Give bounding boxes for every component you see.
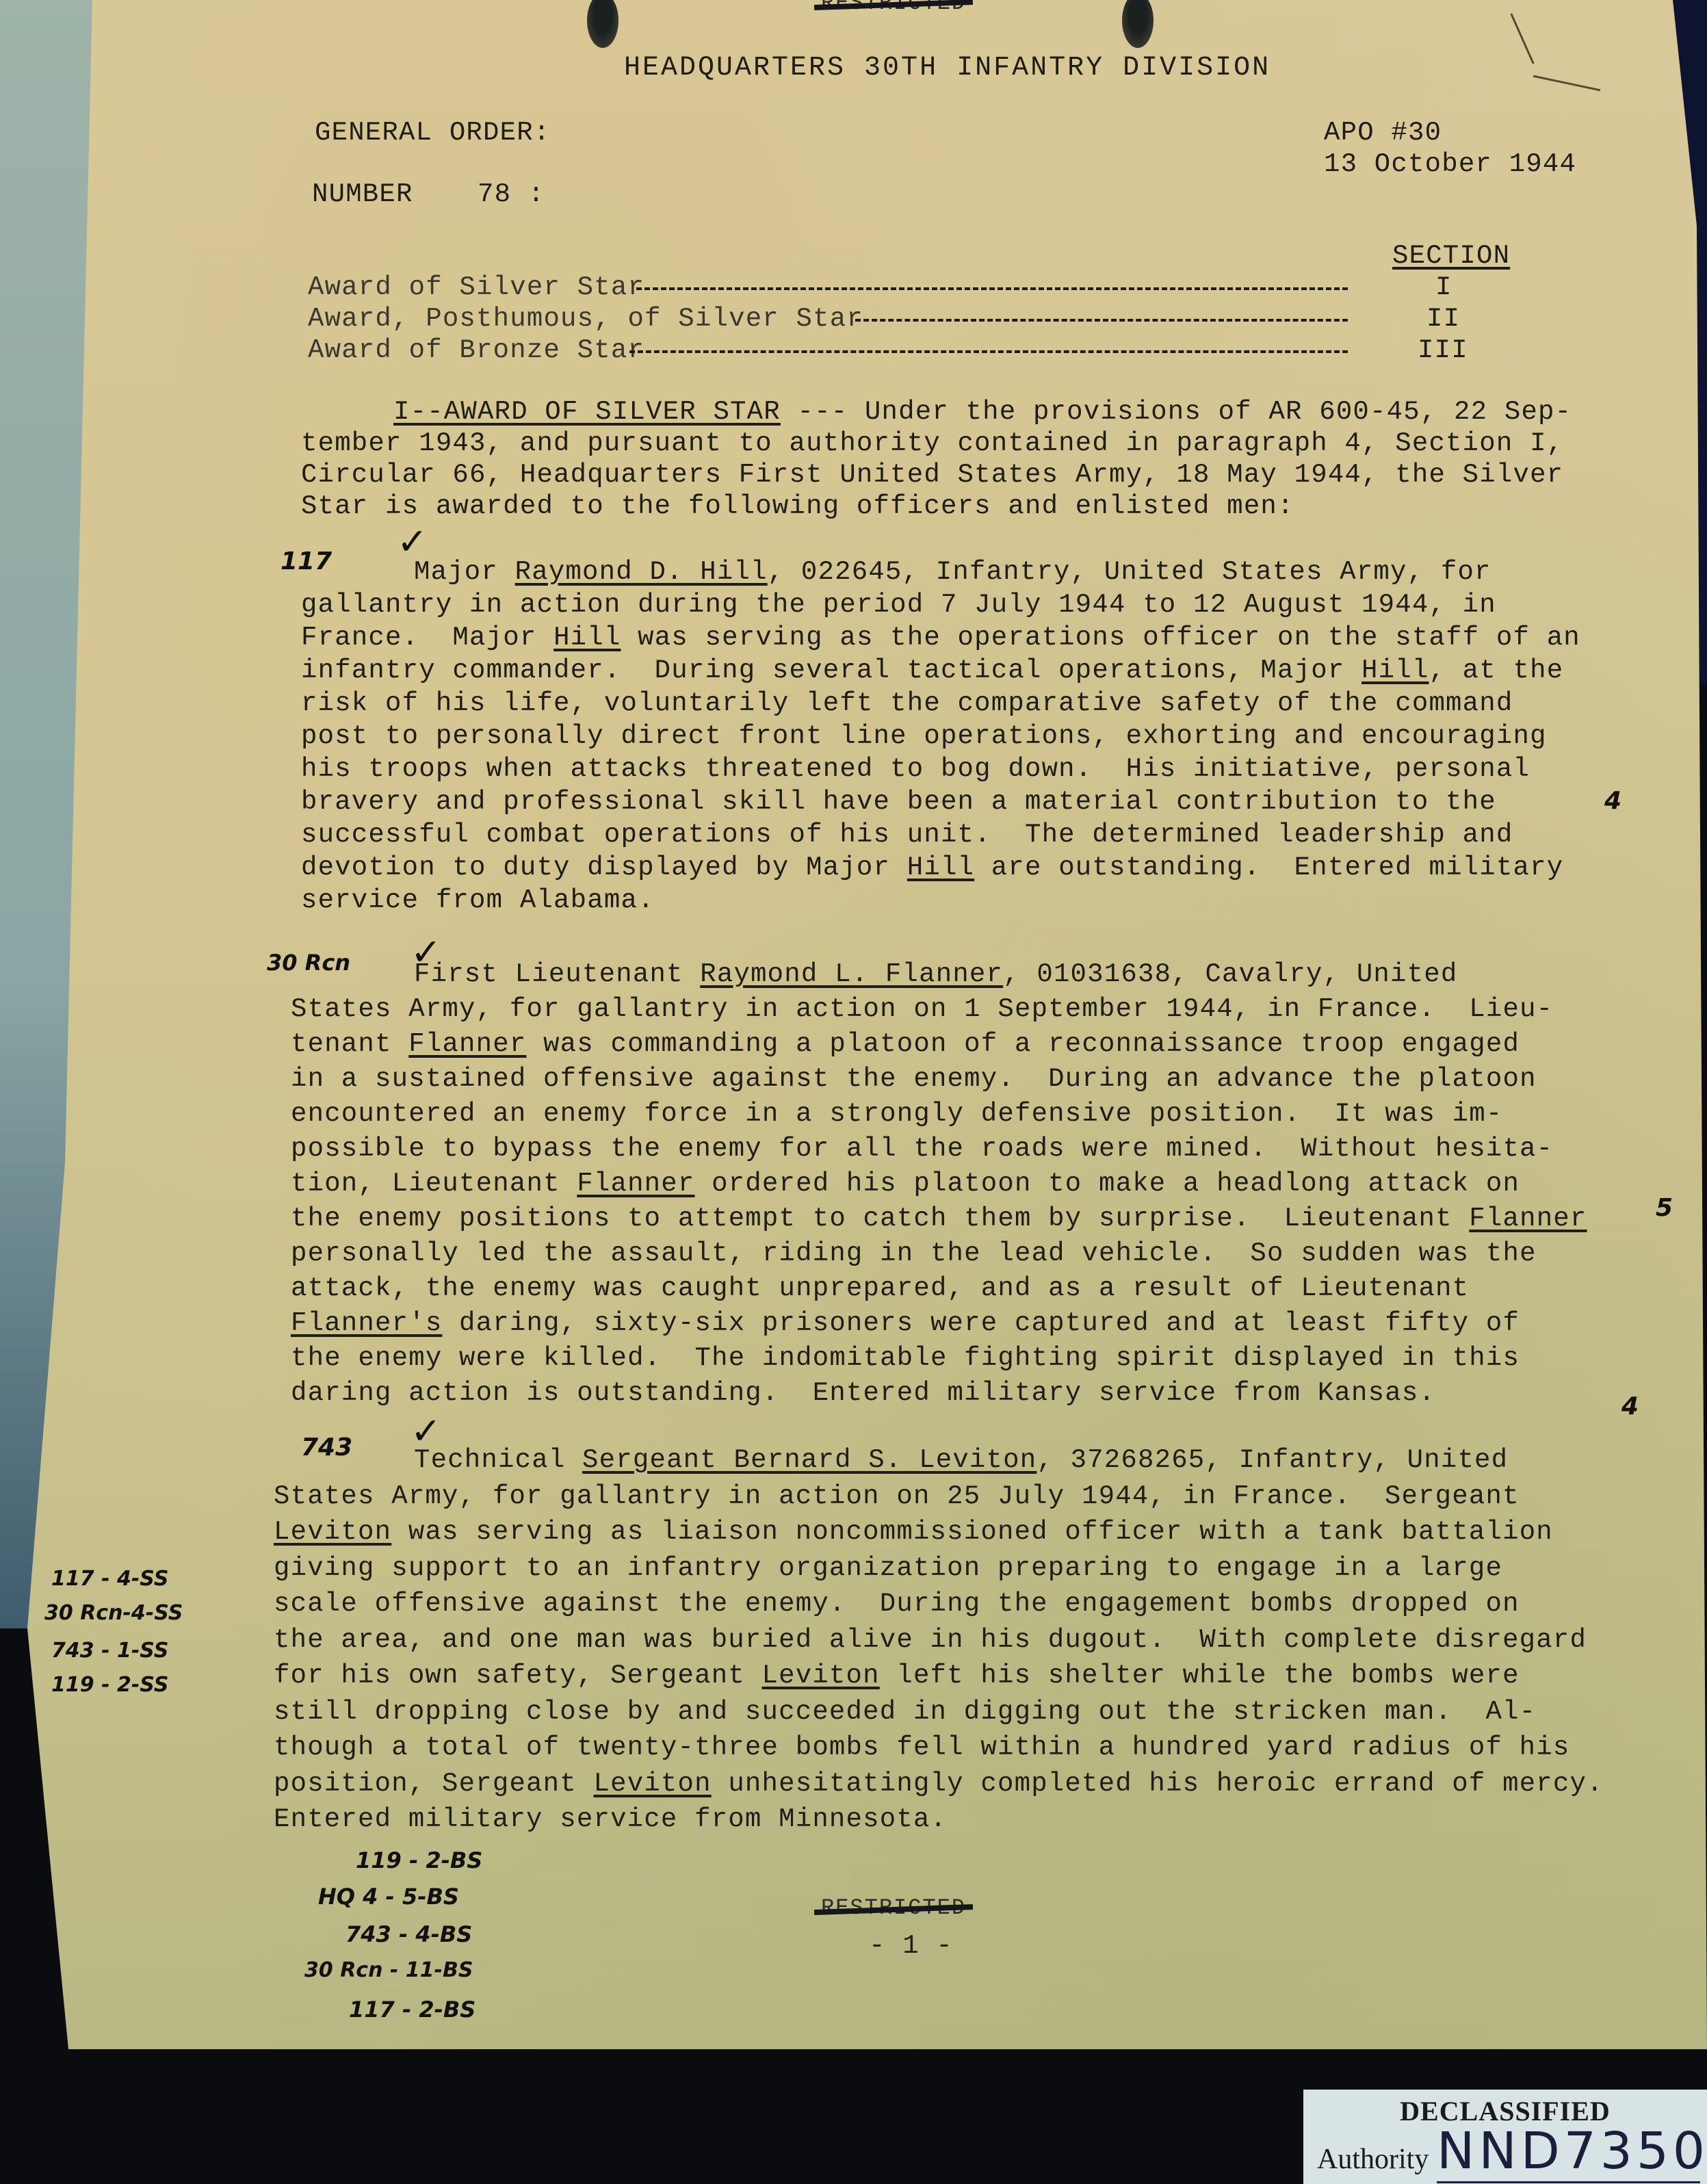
citation-line: position, Sergeant Leviton unhesitatingl…: [274, 1767, 1604, 1800]
citation-line: States Army, for gallantry in action on …: [291, 993, 1553, 1026]
citation-line: scale offensive against the enemy. Durin…: [274, 1587, 1520, 1620]
restricted-stamp-top: RESTRICTED: [821, 0, 966, 16]
page-header: HEADQUARTERS 30TH INFANTRY DIVISION: [624, 52, 1271, 85]
section-leader: [636, 287, 1348, 290]
left-tally-line: 30 Rcn-4-SS: [44, 1601, 183, 1625]
citation-line: still dropping close by and succeeded in…: [274, 1695, 1536, 1728]
citation-line: his troops when attacks threatened to bo…: [301, 753, 1530, 785]
general-order-label: GENERAL ORDER:: [315, 116, 550, 149]
citation-line: Flanner's daring, sixty-six prisoners we…: [291, 1307, 1520, 1340]
number-value: 78 :: [478, 178, 545, 211]
citation-line: possible to bypass the enemy for all the…: [291, 1132, 1553, 1165]
citation-line: for his own safety, Sergeant Leviton lef…: [274, 1659, 1520, 1692]
section-row-numeral: I: [1435, 271, 1452, 304]
citation-line: infantry commander. During several tacti…: [301, 654, 1563, 687]
citation-line: Entered military service from Minnesota.: [274, 1803, 947, 1836]
bottom-tally-line: HQ 4 - 5-BS: [318, 1884, 459, 1910]
order-date: 13 October 1944: [1324, 148, 1576, 181]
bottom-tally-line: 743 - 4-BS: [346, 1921, 472, 1947]
section-row-numeral: II: [1426, 302, 1460, 335]
bottom-tally-line: 117 - 2-BS: [349, 1997, 475, 2023]
page-number: - 1 -: [869, 1929, 953, 1962]
section-i-intro-line: Circular 66, Headquarters First United S…: [301, 458, 1563, 491]
right-margin-note: 4: [1604, 787, 1621, 815]
citation-line: Technical Sergeant Bernard S. Leviton, 3…: [414, 1444, 1508, 1477]
section-row-numeral: III: [1418, 334, 1468, 367]
authority-label: Authority: [1317, 2143, 1429, 2176]
section-leader: [629, 350, 1348, 353]
right-margin-note: 5: [1656, 1194, 1673, 1222]
section-column-header: SECTION: [1392, 239, 1510, 272]
citation-line: the enemy positions to attempt to catch …: [291, 1202, 1587, 1235]
citation-line: attack, the enemy was caught unprepared,…: [291, 1272, 1469, 1305]
citation-line: in a sustained offensive against the ene…: [291, 1063, 1537, 1095]
authority-number: NND735017: [1437, 2121, 1700, 2183]
citation-line: giving support to an infantry organizati…: [274, 1552, 1502, 1585]
section-row-title: Award of Bronze Star: [308, 334, 644, 367]
right-margin-note: 4: [1621, 1392, 1639, 1420]
margin-note-unit: 743: [301, 1433, 352, 1461]
apo-number: APO #30: [1324, 116, 1442, 149]
citation-line: Leviton was serving as liaison noncommis…: [274, 1516, 1553, 1548]
citation-line: devotion to duty displayed by Major Hill…: [301, 851, 1563, 884]
citation-line: risk of his life, voluntarily left the c…: [301, 687, 1513, 720]
citation-line: personally led the assault, riding in th…: [291, 1237, 1537, 1270]
left-tally-line: 743 - 1-SS: [51, 1639, 168, 1663]
citation-line: Major Raymond D. Hill, 022645, Infantry,…: [414, 556, 1491, 588]
citation-line: the area, and one man was buried alive i…: [274, 1624, 1587, 1656]
section-row-title: Award, Posthumous, of Silver Star: [308, 302, 863, 335]
bottom-tally-line: 30 Rcn - 11-BS: [304, 1958, 473, 1982]
citation-line: France. Major Hill was serving as the op…: [301, 621, 1580, 654]
citation-line: post to personally direct front line ope…: [301, 720, 1547, 753]
left-tally-line: 119 - 2-SS: [51, 1673, 168, 1697]
margin-note-unit: 117: [281, 547, 332, 575]
section-leader: [855, 319, 1348, 322]
section-i-heading-text: I--AWARD OF SILVER STAR: [393, 397, 781, 427]
restricted-stamp-bottom: RESTRICTED: [821, 1895, 966, 1921]
section-i-intro-line: Star is awarded to the following officer…: [301, 490, 1294, 523]
citation-line: though a total of twenty-three bombs fel…: [274, 1731, 1570, 1764]
citation-line: the enemy were killed. The indomitable f…: [291, 1342, 1520, 1375]
citation-line: First Lieutenant Raymond L. Flanner, 010…: [414, 958, 1457, 991]
declassified-label: DECLASSIFIED Authority NND735017: [1303, 2087, 1707, 2184]
citation-line: tenant Flanner was commanding a platoon …: [291, 1028, 1520, 1061]
number-label: NUMBER: [312, 178, 413, 211]
citation-line: service from Alabama.: [301, 884, 655, 917]
section-i-heading: I--AWARD OF SILVER STAR --- Under the pr…: [393, 395, 1572, 428]
section-row-title: Award of Silver Star: [308, 271, 644, 304]
citation-line: daring action is outstanding. Entered mi…: [291, 1377, 1435, 1409]
citation-line: gallantry in action during the period 7 …: [301, 588, 1496, 621]
citation-line: encountered an enemy force in a strongly…: [291, 1097, 1502, 1130]
margin-note-unit: 30 Rcn: [267, 950, 350, 976]
citation-line: States Army, for gallantry in action on …: [274, 1480, 1520, 1513]
bottom-tally-line: 119 - 2-BS: [356, 1847, 482, 1873]
citation-line: successful combat operations of his unit…: [301, 818, 1513, 851]
citation-line: bravery and professional skill have been…: [301, 785, 1496, 818]
section-i-intro-line: tember 1943, and pursuant to authority c…: [301, 427, 1563, 460]
citation-line: tion, Lieutenant Flanner ordered his pla…: [291, 1167, 1520, 1200]
left-tally-line: 117 - 4-SS: [51, 1567, 168, 1591]
section-i-intro-line: --- Under the provisions of AR 600-45, 2…: [781, 397, 1572, 427]
